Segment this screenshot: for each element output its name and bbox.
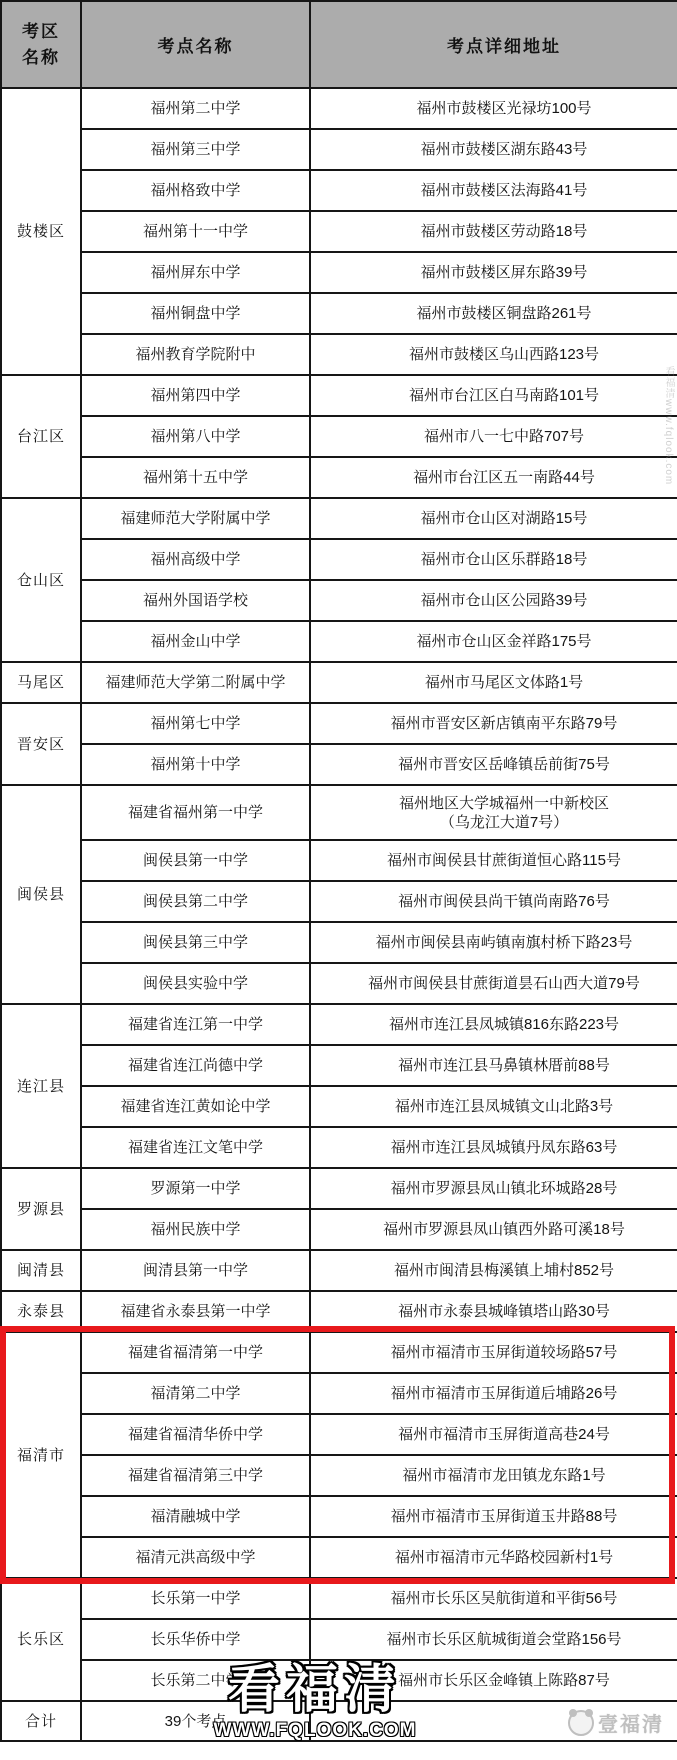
school-cell: 闽清县第一中学 [81,1250,310,1291]
school-cell: 福州第八中学 [81,416,310,457]
table-row: 福州第三中学福州市鼓楼区湖东路43号 [1,129,677,170]
brand-logo: 壹福清 [568,1708,664,1737]
school-cell: 福建省福清华侨中学 [81,1414,310,1455]
school-cell: 福州格致中学 [81,170,310,211]
table-row: 闽侯县第三中学福州市闽侯县南屿镇南旗村桥下路23号 [1,922,677,963]
table-row: 福清融城中学福州市福清市玉屏街道玉井路88号 [1,1496,677,1537]
school-cell: 闽侯县第三中学 [81,922,310,963]
address-cell: 福州市鼓楼区劳动路18号 [310,211,677,252]
table-row: 永泰县福建省永泰县第一中学福州市永泰县城峰镇塔山路30号 [1,1291,677,1332]
table-row: 闽侯县实验中学福州市闽侯县甘蔗街道昙石山西大道79号 [1,963,677,1004]
address-cell: 福州市福清市元华路校园新村1号 [310,1537,677,1578]
school-cell: 福建省永泰县第一中学 [81,1291,310,1332]
address-cell: 福州市鼓楼区法海路41号 [310,170,677,211]
address-cell: 福州市连江县凤城镇816东路223号 [310,1004,677,1045]
district-cell: 鼓楼区 [1,88,81,375]
address-cell: 福州市鼓楼区乌山西路123号 [310,334,677,375]
table-row: 福州第八中学福州市八一七中路707号 [1,416,677,457]
district-cell: 台江区 [1,375,81,498]
address-cell: 福州市八一七中路707号 [310,416,677,457]
address-cell: 福州地区大学城福州一中新校区 （乌龙江大道7号） [310,785,677,840]
table-row: 福州第十中学福州市晋安区岳峰镇岳前街75号 [1,744,677,785]
page: 考区 名称 考点名称 考点详细地址 鼓楼区福州第二中学福州市鼓楼区光禄坊100号… [0,0,677,1760]
address-cell: 福州市福清市玉屏街道较场路57号 [310,1332,677,1373]
school-cell: 长乐第二中学 [81,1660,310,1701]
school-cell: 福州高级中学 [81,539,310,580]
school-cell: 福清融城中学 [81,1496,310,1537]
total-label-cell: 合计 [1,1701,81,1741]
school-cell: 福建师范大学附属中学 [81,498,310,539]
school-cell: 罗源第一中学 [81,1168,310,1209]
district-cell: 马尾区 [1,662,81,703]
address-cell: 福州市鼓楼区光禄坊100号 [310,88,677,129]
address-cell: 福州市闽清县梅溪镇上埔村852号 [310,1250,677,1291]
table-row: 闽清县闽清县第一中学福州市闽清县梅溪镇上埔村852号 [1,1250,677,1291]
table-row: 长乐区长乐第一中学福州市长乐区吴航街道和平街56号 [1,1578,677,1619]
address-cell: 福州市永泰县城峰镇塔山路30号 [310,1291,677,1332]
table-row: 福州第十一中学福州市鼓楼区劳动路18号 [1,211,677,252]
school-cell: 长乐第一中学 [81,1578,310,1619]
table-row: 长乐第二中学福州市长乐区金峰镇上陈路87号 [1,1660,677,1701]
address-cell: 福州市福清市玉屏街道高巷24号 [310,1414,677,1455]
table-row: 福建省连江尚德中学福州市连江县马鼻镇林厝前88号 [1,1045,677,1086]
school-cell: 福州第十中学 [81,744,310,785]
district-cell: 闽侯县 [1,785,81,1004]
mascot-icon [568,1710,594,1736]
school-cell: 福建省福州第一中学 [81,785,310,840]
school-cell: 闽侯县实验中学 [81,963,310,1004]
table-row: 福州第十五中学福州市台江区五一南路44号 [1,457,677,498]
table-row: 闽侯县第二中学福州市闽侯县尚干镇尚南路76号 [1,881,677,922]
school-cell: 福州第二中学 [81,88,310,129]
table-row: 马尾区福建师范大学第二附属中学福州市马尾区文体路1号 [1,662,677,703]
table-row: 长乐华侨中学福州市长乐区航城街道会堂路156号 [1,1619,677,1660]
table-row: 福州高级中学福州市仓山区乐群路18号 [1,539,677,580]
address-cell: 福州市连江县马鼻镇林厝前88号 [310,1045,677,1086]
table-row: 福州外国语学校福州市仓山区公园路39号 [1,580,677,621]
address-cell: 福州市长乐区吴航街道和平街56号 [310,1578,677,1619]
table-row: 福州金山中学福州市仓山区金祥路175号 [1,621,677,662]
school-cell: 福州金山中学 [81,621,310,662]
district-cell: 晋安区 [1,703,81,785]
address-cell: 福州市长乐区金峰镇上陈路87号 [310,1660,677,1701]
school-cell: 福建省连江黄如论中学 [81,1086,310,1127]
address-cell: 福州市闽侯县南屿镇南旗村桥下路23号 [310,922,677,963]
school-cell: 福建省连江文笔中学 [81,1127,310,1168]
total-count-cell: 39个考点 [81,1701,310,1741]
school-cell: 福州第三中学 [81,129,310,170]
school-cell: 闽侯县第二中学 [81,881,310,922]
table-row: 仓山区福建师范大学附属中学福州市仓山区对湖路15号 [1,498,677,539]
table-row: 福清元洪高级中学福州市福清市元华路校园新村1号 [1,1537,677,1578]
table-row: 晋安区福州第七中学福州市晋安区新店镇南平东路79号 [1,703,677,744]
school-cell: 福州第十五中学 [81,457,310,498]
address-cell: 福州市福清市玉屏街道后埔路26号 [310,1373,677,1414]
address-cell: 福州市鼓楼区铜盘路261号 [310,293,677,334]
table-row: 福州铜盘中学福州市鼓楼区铜盘路261号 [1,293,677,334]
address-cell: 福州市闽侯县尚干镇尚南路76号 [310,881,677,922]
header-address: 考点详细地址 [310,1,677,88]
school-cell: 福州屏东中学 [81,252,310,293]
table-row: 福建省福清第三中学福州市福清市龙田镇龙东路1号 [1,1455,677,1496]
address-cell: 福州市仓山区金祥路175号 [310,621,677,662]
district-cell: 福清市 [1,1332,81,1578]
district-cell: 连江县 [1,1004,81,1168]
district-cell: 长乐区 [1,1578,81,1701]
address-cell: 福州市连江县凤城镇文山北路3号 [310,1086,677,1127]
district-cell: 闽清县 [1,1250,81,1291]
table-row: 闽侯县福建省福州第一中学福州地区大学城福州一中新校区 （乌龙江大道7号） [1,785,677,840]
school-cell: 福州铜盘中学 [81,293,310,334]
address-cell: 福州市连江县凤城镇丹凤东路63号 [310,1127,677,1168]
district-cell: 仓山区 [1,498,81,662]
school-cell: 福州教育学院附中 [81,334,310,375]
address-cell: 福州市晋安区岳峰镇岳前街75号 [310,744,677,785]
district-cell: 永泰县 [1,1291,81,1332]
school-cell: 闽侯县第一中学 [81,840,310,881]
table-row: 福清第二中学福州市福清市玉屏街道后埔路26号 [1,1373,677,1414]
table-row: 连江县福建省连江第一中学福州市连江县凤城镇816东路223号 [1,1004,677,1045]
address-cell: 福州市仓山区对湖路15号 [310,498,677,539]
address-cell: 福州市闽侯县甘蔗街道昙石山西大道79号 [310,963,677,1004]
school-cell: 福建师范大学第二附属中学 [81,662,310,703]
address-cell: 福州市台江区五一南路44号 [310,457,677,498]
school-cell: 福州第十一中学 [81,211,310,252]
address-cell: 福州市福清市龙田镇龙东路1号 [310,1455,677,1496]
table-row: 福州民族中学福州市罗源县凤山镇西外路可溪18号 [1,1209,677,1250]
table-row: 闽侯县第一中学福州市闽侯县甘蔗街道恒心路115号 [1,840,677,881]
address-cell: 福州市仓山区乐群路18号 [310,539,677,580]
table-row: 福建省福清华侨中学福州市福清市玉屏街道高巷24号 [1,1414,677,1455]
table-row: 鼓楼区福州第二中学福州市鼓楼区光禄坊100号 [1,88,677,129]
address-cell: 福州市福清市玉屏街道玉井路88号 [310,1496,677,1537]
school-cell: 福州第四中学 [81,375,310,416]
table-row: 福清市福建省福清第一中学福州市福清市玉屏街道较场路57号 [1,1332,677,1373]
address-cell: 福州市罗源县凤山镇北环城路28号 [310,1168,677,1209]
address-cell: 福州市罗源县凤山镇西外路可溪18号 [310,1209,677,1250]
brand-logo-text: 壹福清 [598,1708,664,1737]
table-row: 福州屏东中学福州市鼓楼区屏东路39号 [1,252,677,293]
table-row: 罗源县罗源第一中学福州市罗源县凤山镇北环城路28号 [1,1168,677,1209]
district-cell: 罗源县 [1,1168,81,1250]
table-row: 福建省连江文笔中学福州市连江县凤城镇丹凤东路63号 [1,1127,677,1168]
address-cell: 福州市闽侯县甘蔗街道恒心路115号 [310,840,677,881]
school-cell: 福州民族中学 [81,1209,310,1250]
school-cell: 福建省福清第三中学 [81,1455,310,1496]
school-cell: 福建省连江尚德中学 [81,1045,310,1086]
table-row: 福州教育学院附中福州市鼓楼区乌山西路123号 [1,334,677,375]
school-cell: 福清第二中学 [81,1373,310,1414]
address-cell: 福州市鼓楼区湖东路43号 [310,129,677,170]
table-row: 福州格致中学福州市鼓楼区法海路41号 [1,170,677,211]
exam-sites-table: 考区 名称 考点名称 考点详细地址 鼓楼区福州第二中学福州市鼓楼区光禄坊100号… [0,0,677,1742]
header-district: 考区 名称 [1,1,81,88]
address-cell: 福州市鼓楼区屏东路39号 [310,252,677,293]
school-cell: 福州第七中学 [81,703,310,744]
address-cell: 福州市马尾区文体路1号 [310,662,677,703]
school-cell: 长乐华侨中学 [81,1619,310,1660]
table-row: 台江区福州第四中学福州市台江区白马南路101号 [1,375,677,416]
school-cell: 福清元洪高级中学 [81,1537,310,1578]
school-cell: 福建省福清第一中学 [81,1332,310,1373]
table-row: 福建省连江黄如论中学福州市连江县凤城镇文山北路3号 [1,1086,677,1127]
address-cell: 福州市台江区白马南路101号 [310,375,677,416]
address-cell: 福州市仓山区公园路39号 [310,580,677,621]
header-school: 考点名称 [81,1,310,88]
address-cell: 福州市晋安区新店镇南平东路79号 [310,703,677,744]
school-cell: 福建省连江第一中学 [81,1004,310,1045]
school-cell: 福州外国语学校 [81,580,310,621]
table-header-row: 考区 名称 考点名称 考点详细地址 [1,1,677,88]
address-cell: 福州市长乐区航城街道会堂路156号 [310,1619,677,1660]
